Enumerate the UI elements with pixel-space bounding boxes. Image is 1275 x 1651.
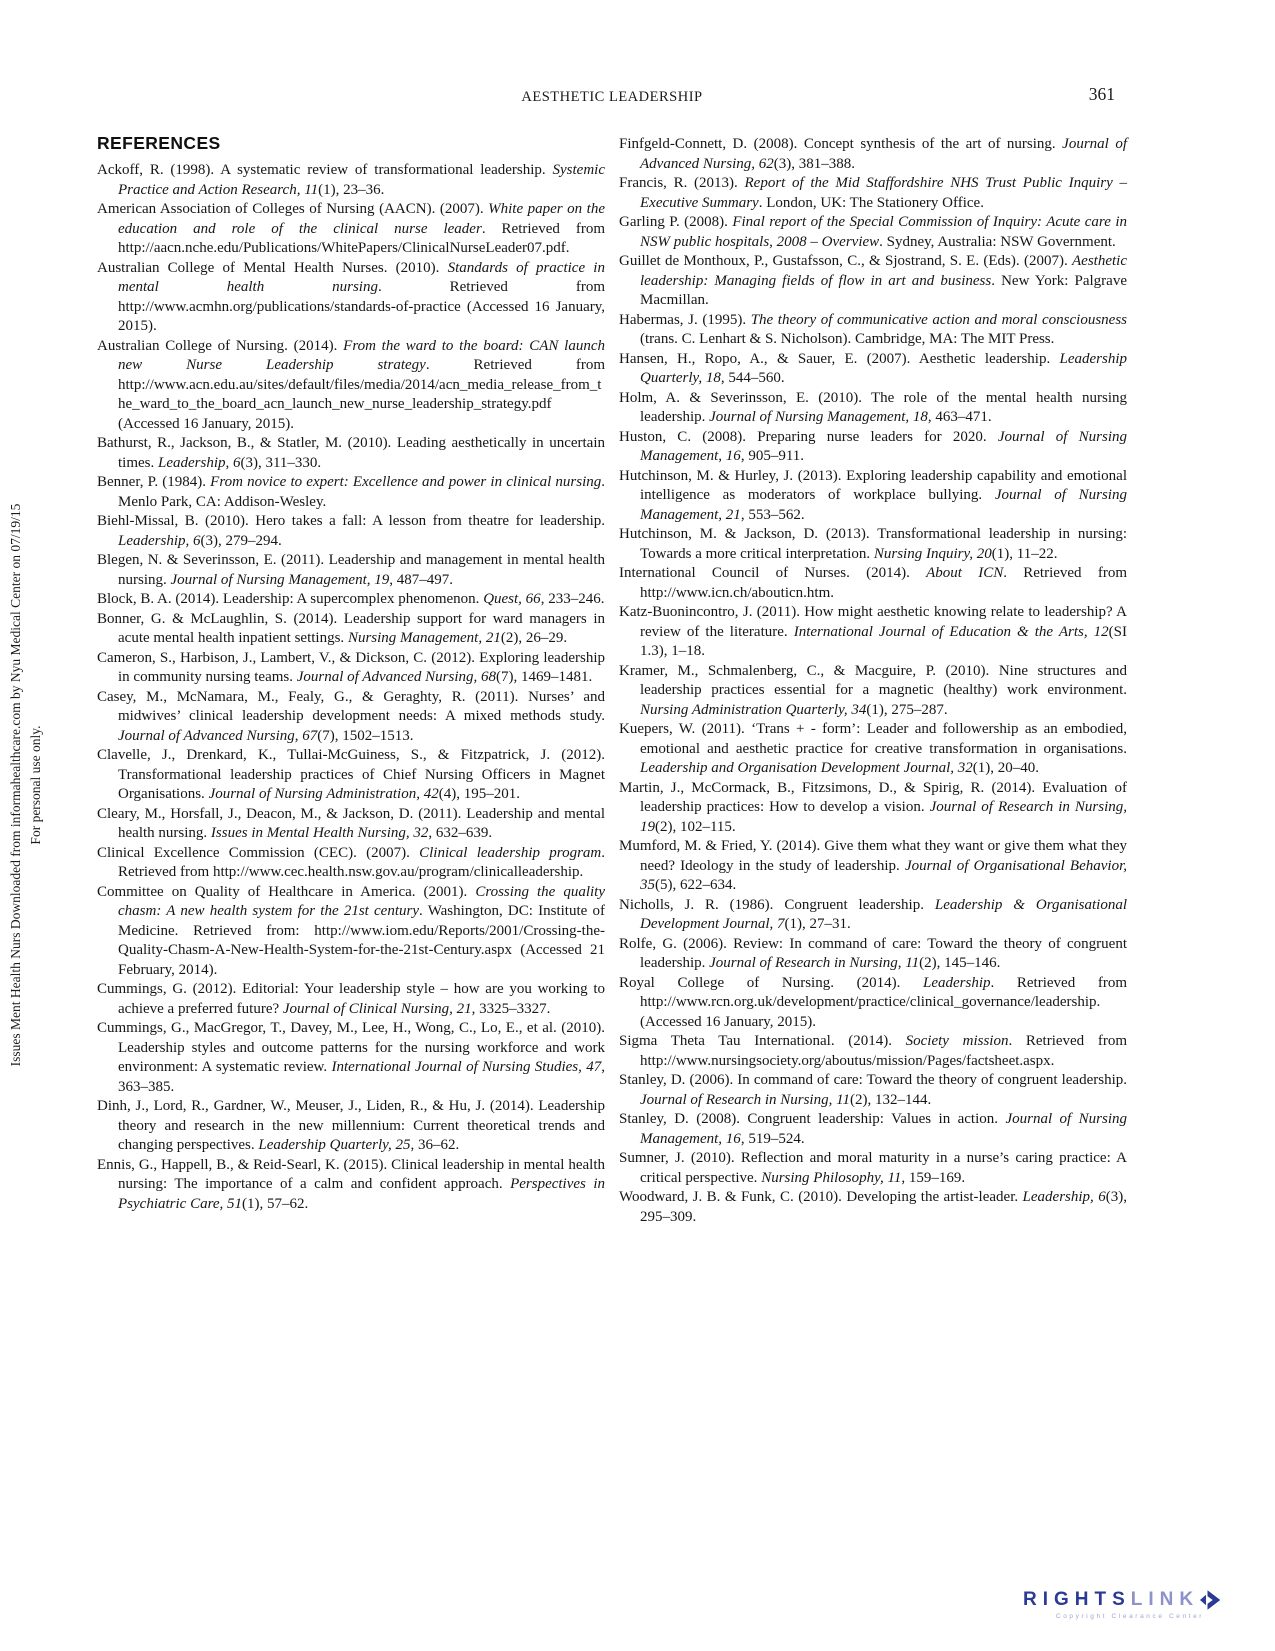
reference-entry: Biehl-Missal, B. (2010). Hero takes a fa… [97,512,605,551]
references-heading: REFERENCES [97,133,605,154]
reference-entry: American Association of Colleges of Nurs… [97,200,605,259]
references-list-right: Finfgeld-Connett, D. (2008). Concept syn… [619,135,1127,1227]
rightslink-text-link: LINK [1131,1589,1199,1611]
rightslink-wordmark: RIGHTS LINK [1023,1588,1263,1612]
download-notice-rotated-block: Issues Ment Health Nurs Downloaded from … [6,440,50,1130]
reference-entry: Blegen, N. & Severinsson, E. (2011). Lea… [97,551,605,590]
reference-entry: Sigma Theta Tau International. (2014). S… [619,1032,1127,1071]
reference-entry: Kramer, M., Schmalenberg, C., & Macguire… [619,662,1127,721]
reference-entry: Kuepers, W. (2011). ‘Trans + - form’: Le… [619,720,1127,779]
rightslink-tagline: Copyright Clearance Center [1023,1613,1237,1620]
reference-entry: Australian College of Mental Health Nurs… [97,259,605,337]
reference-entry: Hansen, H., Ropo, A., & Sauer, E. (2007)… [619,350,1127,389]
running-head: AESTHETIC LEADERSHIP [97,88,1127,106]
references-list-left: Ackoff, R. (1998). A systematic review o… [97,161,605,1214]
reference-entry: Australian College of Nursing. (2014). F… [97,337,605,435]
reference-entry: Katz-Buonincontro, J. (2011). How might … [619,603,1127,662]
reference-entry: Ennis, G., Happell, B., & Reid-Searl, K.… [97,1156,605,1215]
reference-entry: Stanley, D. (2008). Congruent leadership… [619,1110,1127,1149]
reference-entry: Cameron, S., Harbison, J., Lambert, V., … [97,649,605,688]
reference-entry: Cummings, G. (2012). Editorial: Your lea… [97,980,605,1019]
references-column-right: Finfgeld-Connett, D. (2008). Concept syn… [619,135,1127,1227]
reference-entry: Committee on Quality of Healthcare in Am… [97,883,605,981]
reference-entry: Francis, R. (2013). Report of the Mid St… [619,174,1127,213]
reference-entry: International Council of Nurses. (2014).… [619,564,1127,603]
reference-entry: Nicholls, J. R. (1986). Congruent leader… [619,896,1127,935]
reference-entry: Finfgeld-Connett, D. (2008). Concept syn… [619,135,1127,174]
rightslink-arrow-icon [1197,1588,1221,1612]
reference-entry: Casey, M., McNamara, M., Fealy, G., & Ge… [97,688,605,747]
reference-entry: Cleary, M., Horsfall, J., Deacon, M., & … [97,805,605,844]
reference-entry: Bathurst, R., Jackson, B., & Statler, M.… [97,434,605,473]
reference-entry: Stanley, D. (2006). In command of care: … [619,1071,1127,1110]
reference-entry: Cummings, G., MacGregor, T., Davey, M., … [97,1019,605,1097]
reference-entry: Holm, A. & Severinsson, E. (2010). The r… [619,389,1127,428]
reference-entry: Royal College of Nursing. (2014). Leader… [619,974,1127,1033]
rightslink-logo: RIGHTS LINK Copyright Clearance Center [1023,1588,1263,1620]
reference-entry: Bonner, G. & McLaughlin, S. (2014). Lead… [97,610,605,649]
reference-entry: Garling P. (2008). Final report of the S… [619,213,1127,252]
references-section: REFERENCES Ackoff, R. (1998). A systemat… [97,133,1127,1227]
reference-entry: Huston, C. (2008). Preparing nurse leade… [619,428,1127,467]
reference-entry: Benner, P. (1984). From novice to expert… [97,473,605,512]
reference-entry: Martin, J., McCormack, B., Fitzsimons, D… [619,779,1127,838]
reference-entry: Hutchinson, M. & Jackson, D. (2013). Tra… [619,525,1127,564]
download-notice-line1: Issues Ment Health Nurs Downloaded from … [6,440,26,1130]
reference-entry: Dinh, J., Lord, R., Gardner, W., Meuser,… [97,1097,605,1156]
download-notice-sidebar: Issues Ment Health Nurs Downloaded from … [6,440,52,1130]
rightslink-text-rights: RIGHTS [1023,1589,1131,1611]
reference-entry: Hutchinson, M. & Hurley, J. (2013). Expl… [619,467,1127,526]
download-notice-line2: For personal use only. [26,440,46,1130]
reference-entry: Clinical Excellence Commission (CEC). (2… [97,844,605,883]
page-number: 361 [1089,84,1115,105]
reference-entry: Guillet de Monthoux, P., Gustafsson, C.,… [619,252,1127,311]
reference-entry: Block, B. A. (2014). Leadership: A super… [97,590,605,610]
reference-entry: Habermas, J. (1995). The theory of commu… [619,311,1127,350]
reference-entry: Clavelle, J., Drenkard, K., Tullai-McGui… [97,746,605,805]
reference-entry: Sumner, J. (2010). Reflection and moral … [619,1149,1127,1188]
references-column-left: REFERENCES Ackoff, R. (1998). A systemat… [97,133,605,1227]
reference-entry: Woodward, J. B. & Funk, C. (2010). Devel… [619,1188,1127,1227]
reference-entry: Mumford, M. & Fried, Y. (2014). Give the… [619,837,1127,896]
running-head-text: AESTHETIC LEADERSHIP [521,89,702,105]
reference-entry: Rolfe, G. (2006). Review: In command of … [619,935,1127,974]
reference-entry: Ackoff, R. (1998). A systematic review o… [97,161,605,200]
